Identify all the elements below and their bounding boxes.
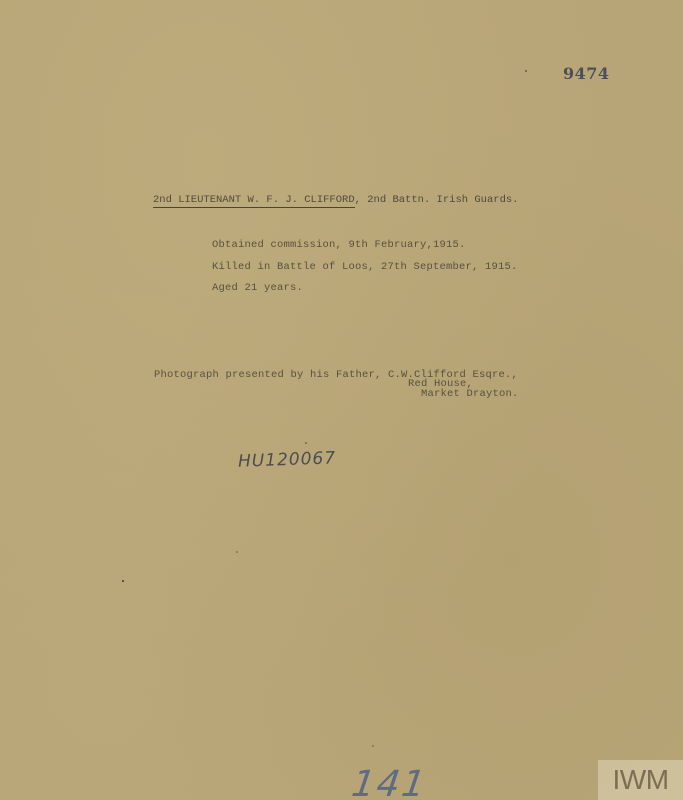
paper-speck [122,580,124,582]
detail-age: Aged 21 years. [212,282,303,294]
heading: 2nd LIEUTENANT W. F. J. CLIFFORD, 2nd Ba… [153,194,518,206]
iwm-watermark-label: IWM [612,764,668,796]
paper-speck [305,442,307,444]
paper-speck [372,745,374,747]
heading-rank-name: 2nd LIEUTENANT W. F. J. CLIFFORD [153,194,355,208]
reference-number: 9474 [563,64,610,83]
paper-speck [236,551,238,553]
detail-killed: Killed in Battle of Loos, 27th September… [212,261,518,273]
presentation-line-3: Market Drayton. [421,388,519,400]
iwm-watermark: IWM [598,760,683,800]
paper-speck [525,70,527,72]
heading-unit: , 2nd Battn. Irish Guards. [355,194,519,206]
detail-commission: Obtained commission, 9th February,1915. [212,239,466,251]
handwritten-page-number: 141 [349,764,429,800]
handwritten-accession-number: HU120067 [238,448,337,471]
